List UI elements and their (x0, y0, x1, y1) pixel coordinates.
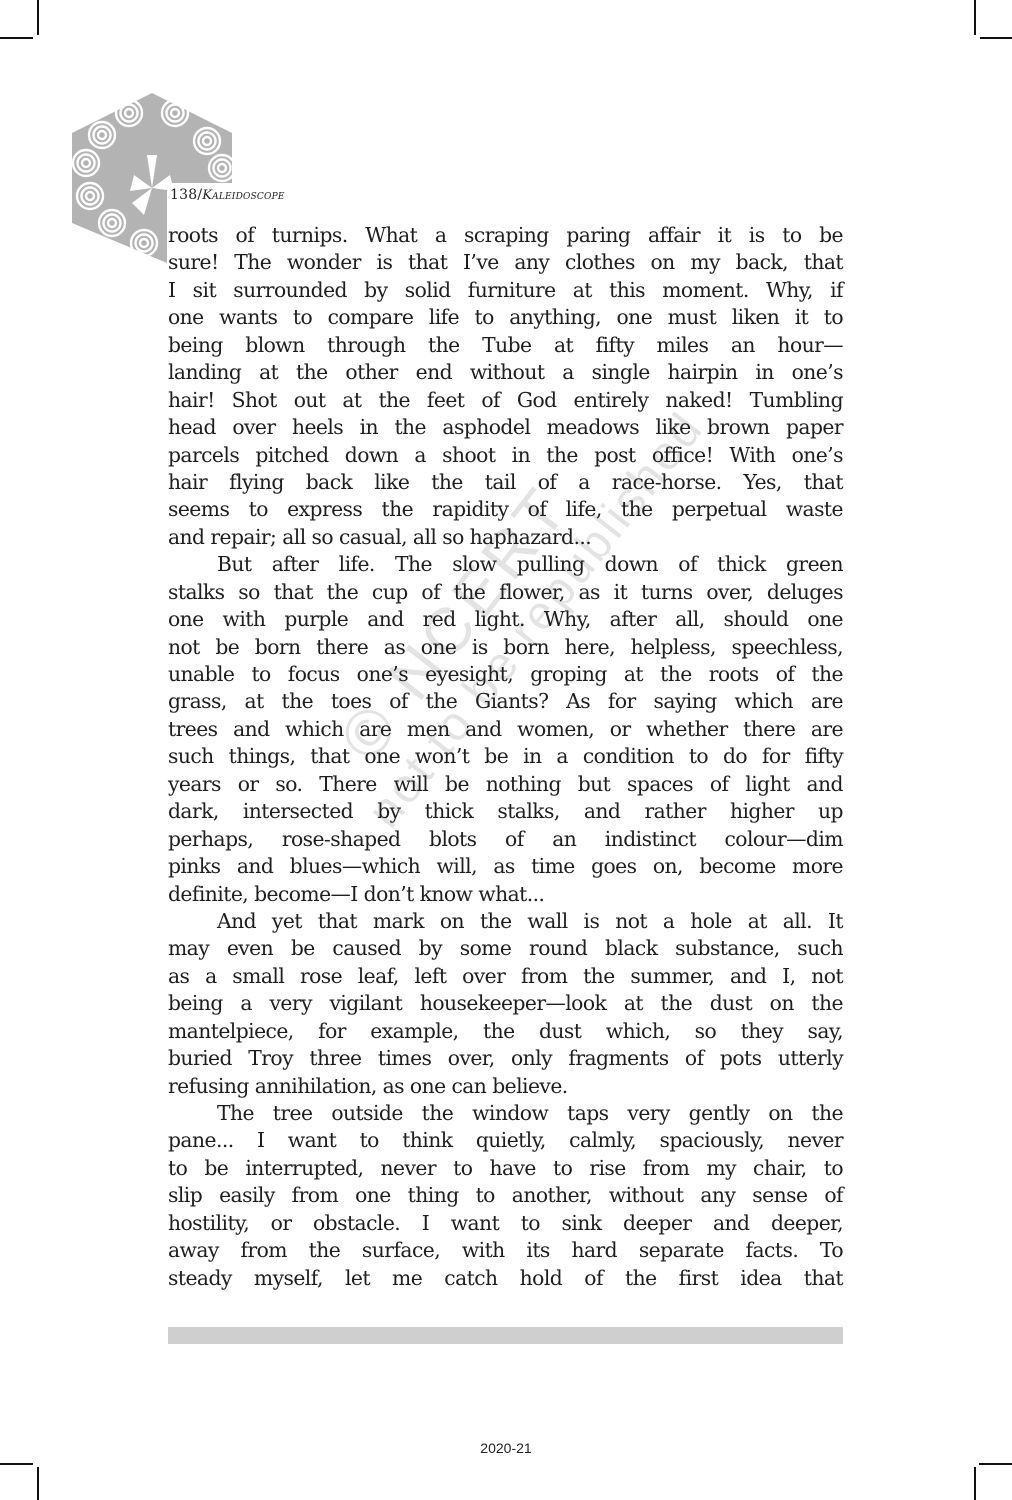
text-line: trees and which are men and women, or wh… (168, 716, 843, 743)
text-line: as a small rose leaf, left over from the… (168, 963, 843, 990)
text-line: head over heels in the asphodel meadows … (168, 414, 843, 441)
crop-mark-bottom-left-v (37, 1467, 39, 1500)
text-line: may even be caused by some round black s… (168, 935, 843, 962)
text-line: landing at the other end without a singl… (168, 359, 843, 386)
text-line: refusing annihilation, as one can believ… (168, 1073, 843, 1100)
text-line: such things, that one won’t be in a cond… (168, 743, 843, 770)
paragraph: The tree outside the window taps very ge… (168, 1100, 843, 1292)
footer-year: 2020-21 (0, 1440, 1012, 1456)
text-line: dark, intersected by thick stalks, and r… (168, 798, 843, 825)
body-text: roots of turnips. What a scraping paring… (168, 222, 843, 1292)
text-line: parcels pitched down a shoot in the post… (168, 442, 843, 469)
text-line: roots of turnips. What a scraping paring… (168, 222, 843, 249)
crop-mark-bottom-right-v (974, 1467, 976, 1500)
crop-mark-top-left-v (37, 0, 39, 35)
text-line: not be born there as one is born here, h… (168, 634, 843, 661)
text-line: hostility, or obstacle. I want to sink d… (168, 1210, 843, 1237)
paragraph: But after life. The slow pulling down of… (168, 551, 843, 908)
text-line: to be interrupted, never to have to rise… (168, 1155, 843, 1182)
book-title: Kaleidoscope (202, 188, 284, 203)
crop-mark-bottom-left-h (0, 1463, 33, 1465)
text-line: years or so. There will be nothing but s… (168, 771, 843, 798)
bottom-rule-bar (168, 1327, 843, 1344)
crop-mark-top-right-v (974, 0, 976, 35)
text-line: But after life. The slow pulling down of… (168, 551, 843, 578)
text-line: The tree outside the window taps very ge… (168, 1100, 843, 1127)
text-line: one wants to compare life to anything, o… (168, 304, 843, 331)
crop-mark-top-right-h (980, 37, 1012, 39)
text-line: pinks and blues—which will, as time goes… (168, 853, 843, 880)
text-line: being a very vigilant housekeeper—look a… (168, 990, 843, 1017)
text-line: steady myself, let me catch hold of the … (168, 1265, 843, 1292)
text-line: hair flying back like the tail of a race… (168, 469, 843, 496)
text-line: being blown through the Tube at fifty mi… (168, 332, 843, 359)
text-line: one with purple and red light. Why, afte… (168, 606, 843, 633)
text-line: I sit surrounded by solid furniture at t… (168, 277, 843, 304)
text-line: seems to express the rapidity of life, t… (168, 496, 843, 523)
text-line: unable to focus one’s eyesight, groping … (168, 661, 843, 688)
text-line: buried Troy three times over, only fragm… (168, 1045, 843, 1072)
page-number: 138 (170, 187, 197, 203)
text-line: perhaps, rose-shaped blots of an indisti… (168, 826, 843, 853)
text-line: sure! The wonder is that I’ve any clothe… (168, 249, 843, 276)
text-line: hair! Shot out at the feet of God entire… (168, 387, 843, 414)
paragraph: And yet that mark on the wall is not a h… (168, 908, 843, 1100)
text-line: and repair; all so casual, all so haphaz… (168, 524, 843, 551)
text-line: away from the surface, with its hard sep… (168, 1237, 843, 1264)
text-line: pane... I want to think quietly, calmly,… (168, 1127, 843, 1154)
paragraph: roots of turnips. What a scraping paring… (168, 222, 843, 551)
crop-mark-bottom-right-h (979, 1463, 1012, 1465)
text-line: mantelpiece, for example, the dust which… (168, 1018, 843, 1045)
running-header: 138/Kaleidoscope (170, 187, 285, 203)
text-line: And yet that mark on the wall is not a h… (168, 908, 843, 935)
text-line: definite, become—I don’t know what... (168, 881, 843, 908)
text-line: slip easily from one thing to another, w… (168, 1182, 843, 1209)
crop-mark-top-left-h (0, 37, 33, 39)
text-line: grass, at the toes of the Giants? As for… (168, 688, 843, 715)
text-line: stalks so that the cup of the flower, as… (168, 579, 843, 606)
